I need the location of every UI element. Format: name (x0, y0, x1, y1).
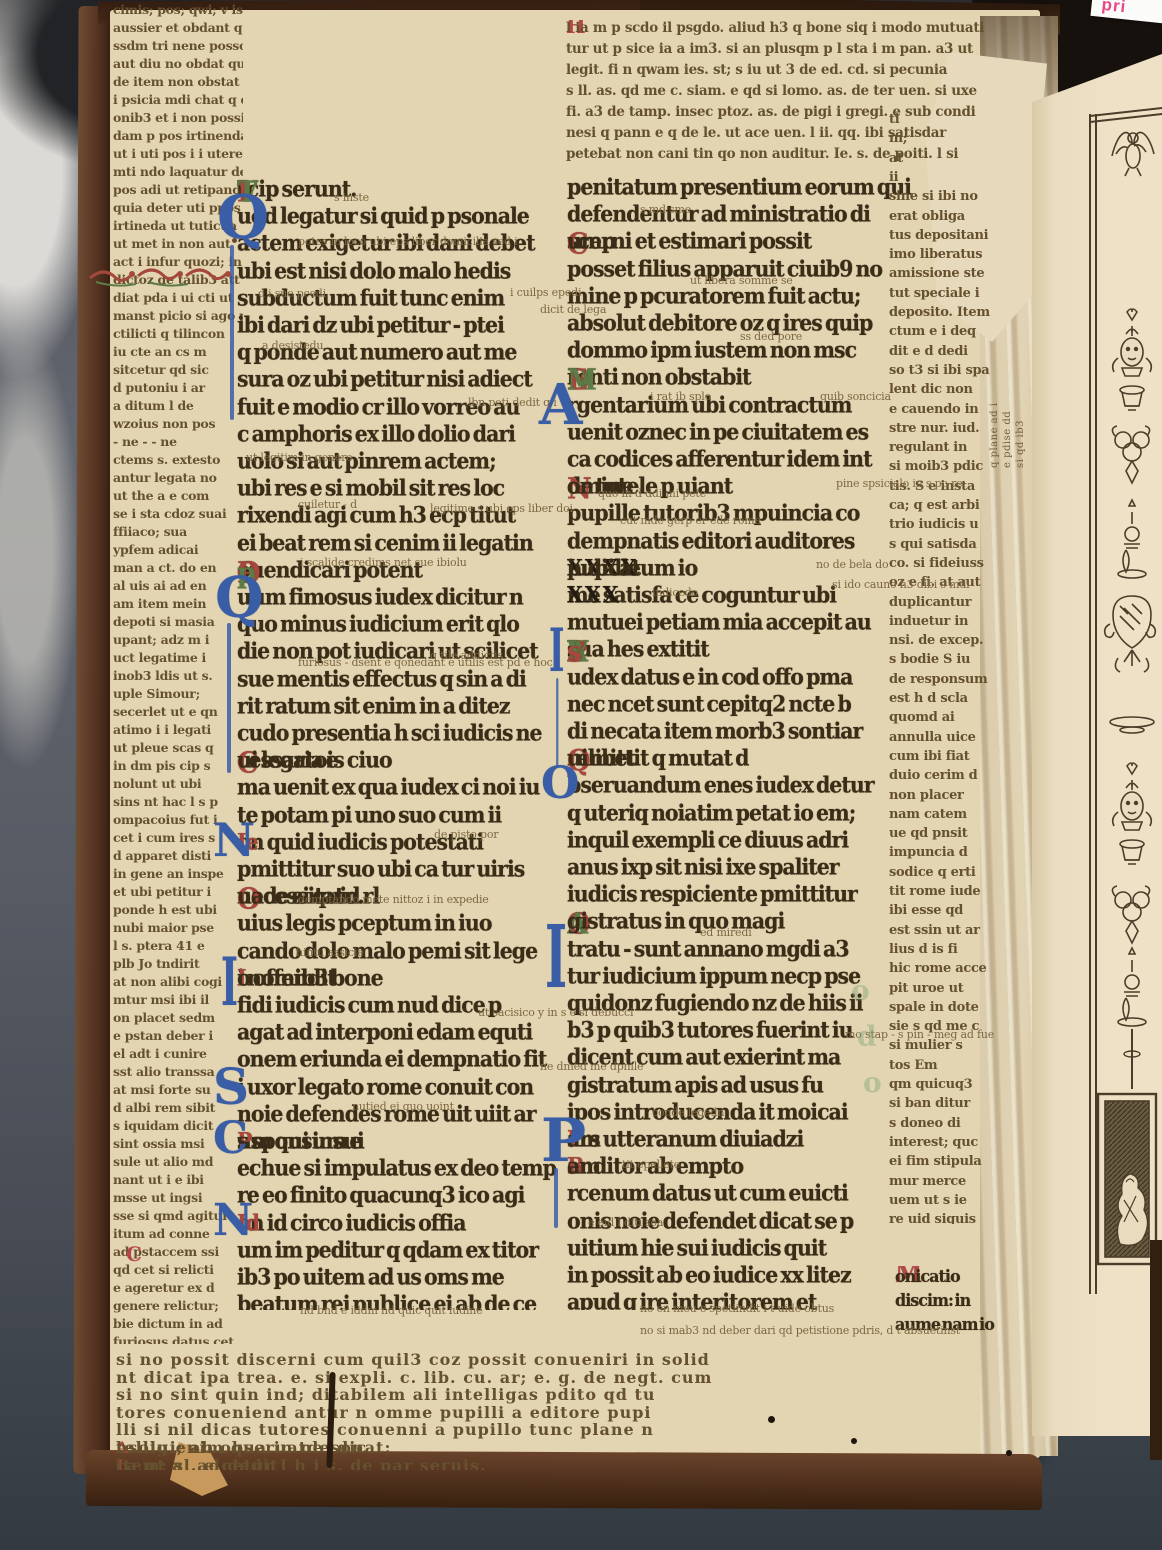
interlinear-gloss: ed miredi (700, 926, 752, 939)
interlinear-gloss: ne dmed me dpnile (540, 1060, 643, 1073)
interlinear-gloss: no si mab3 nd deber dari qd petistione p… (640, 1324, 960, 1337)
interlinear-gloss: d (857, 1020, 877, 1053)
interlinear-gloss: de pisto por (434, 828, 498, 841)
ink-dot (1006, 1450, 1012, 1456)
interlinear-gloss: i cuilps epedi (510, 286, 581, 299)
interlinear-gloss: demptando mete nittoz i in expedie (298, 893, 489, 906)
interlinear-gloss: tit epellete (622, 1158, 680, 1171)
interlinear-gloss: conde legedn (652, 1106, 724, 1119)
interlinear-gloss: quib soncicia (820, 390, 891, 403)
interlinear-gloss: nutied ei quo uoint (352, 1100, 454, 1113)
interlinear-gloss: s md sme (640, 203, 691, 216)
interlinear-gloss: legitime s ubi eps liber doi (430, 502, 573, 515)
interlinear-gloss: nd bnd e iddm nd quic quit iudine (300, 1304, 482, 1317)
interlinear-gloss: no de bela do (816, 558, 888, 571)
manuscript-photo: q plane ad ie pdise ddsi qd ib3 (0, 0, 1162, 1550)
interlinear-gloss: ss ded pore (740, 330, 802, 343)
interlinear-gloss: indicedo (652, 586, 698, 599)
interlinear-gloss: ut libera somme se (690, 274, 793, 287)
interlinear-gloss: d i sue pcedi (258, 287, 326, 300)
interlinear-gloss: potes in loco ubi eps liber domicilia se… (298, 235, 517, 248)
interlinear-gloss: hintu assicie (296, 946, 364, 959)
interlinear-gloss: i scalide credims net sue ibiolu (300, 556, 467, 569)
interlinear-gloss: ut sacisico y in s e si debucci (478, 1006, 633, 1019)
interlinear-gloss: a desistedu (262, 339, 323, 352)
interlinear-gloss: cut mde gerp er ede rome (620, 514, 761, 527)
interlinear-gloss: si ido cauno h3 dibi s mdi (832, 578, 969, 591)
interlinear-gloss: C (126, 1242, 142, 1266)
red-green-linefiller-decoration (88, 262, 240, 290)
interlinear-gloss: o (851, 974, 870, 1007)
interlinear-gloss: no en meu e spetiindit i t uide obtus (640, 1302, 834, 1315)
sticky-tab-label: pri (1101, 0, 1128, 17)
ink-dot (768, 1416, 775, 1423)
interlinear-gloss-layer: s instepotes in loco ubi eps liber domic… (0, 0, 1162, 1550)
interlinear-gloss: quo in d ddi mi pete (598, 487, 706, 500)
interlinear-gloss: dicit de lega (540, 303, 606, 316)
interlinear-gloss: o (863, 1066, 882, 1099)
interlinear-gloss: s inste (334, 191, 369, 204)
interlinear-gloss: pine spsicialo in s po re (836, 477, 963, 490)
interlinear-gloss: e eid l diti soa (588, 1216, 663, 1229)
wormhole (232, 238, 237, 243)
interlinear-gloss: i rat ib splo (650, 390, 711, 403)
interlinear-gloss: furiosus - dsent e qonedant e utilis est… (298, 656, 553, 669)
interlinear-gloss: ut legitim in genere (246, 451, 352, 464)
interlinear-gloss: cuiletur - d (298, 498, 357, 511)
ink-dot (851, 1438, 857, 1444)
interlinear-gloss: lbn peti dedit q i (468, 396, 557, 409)
